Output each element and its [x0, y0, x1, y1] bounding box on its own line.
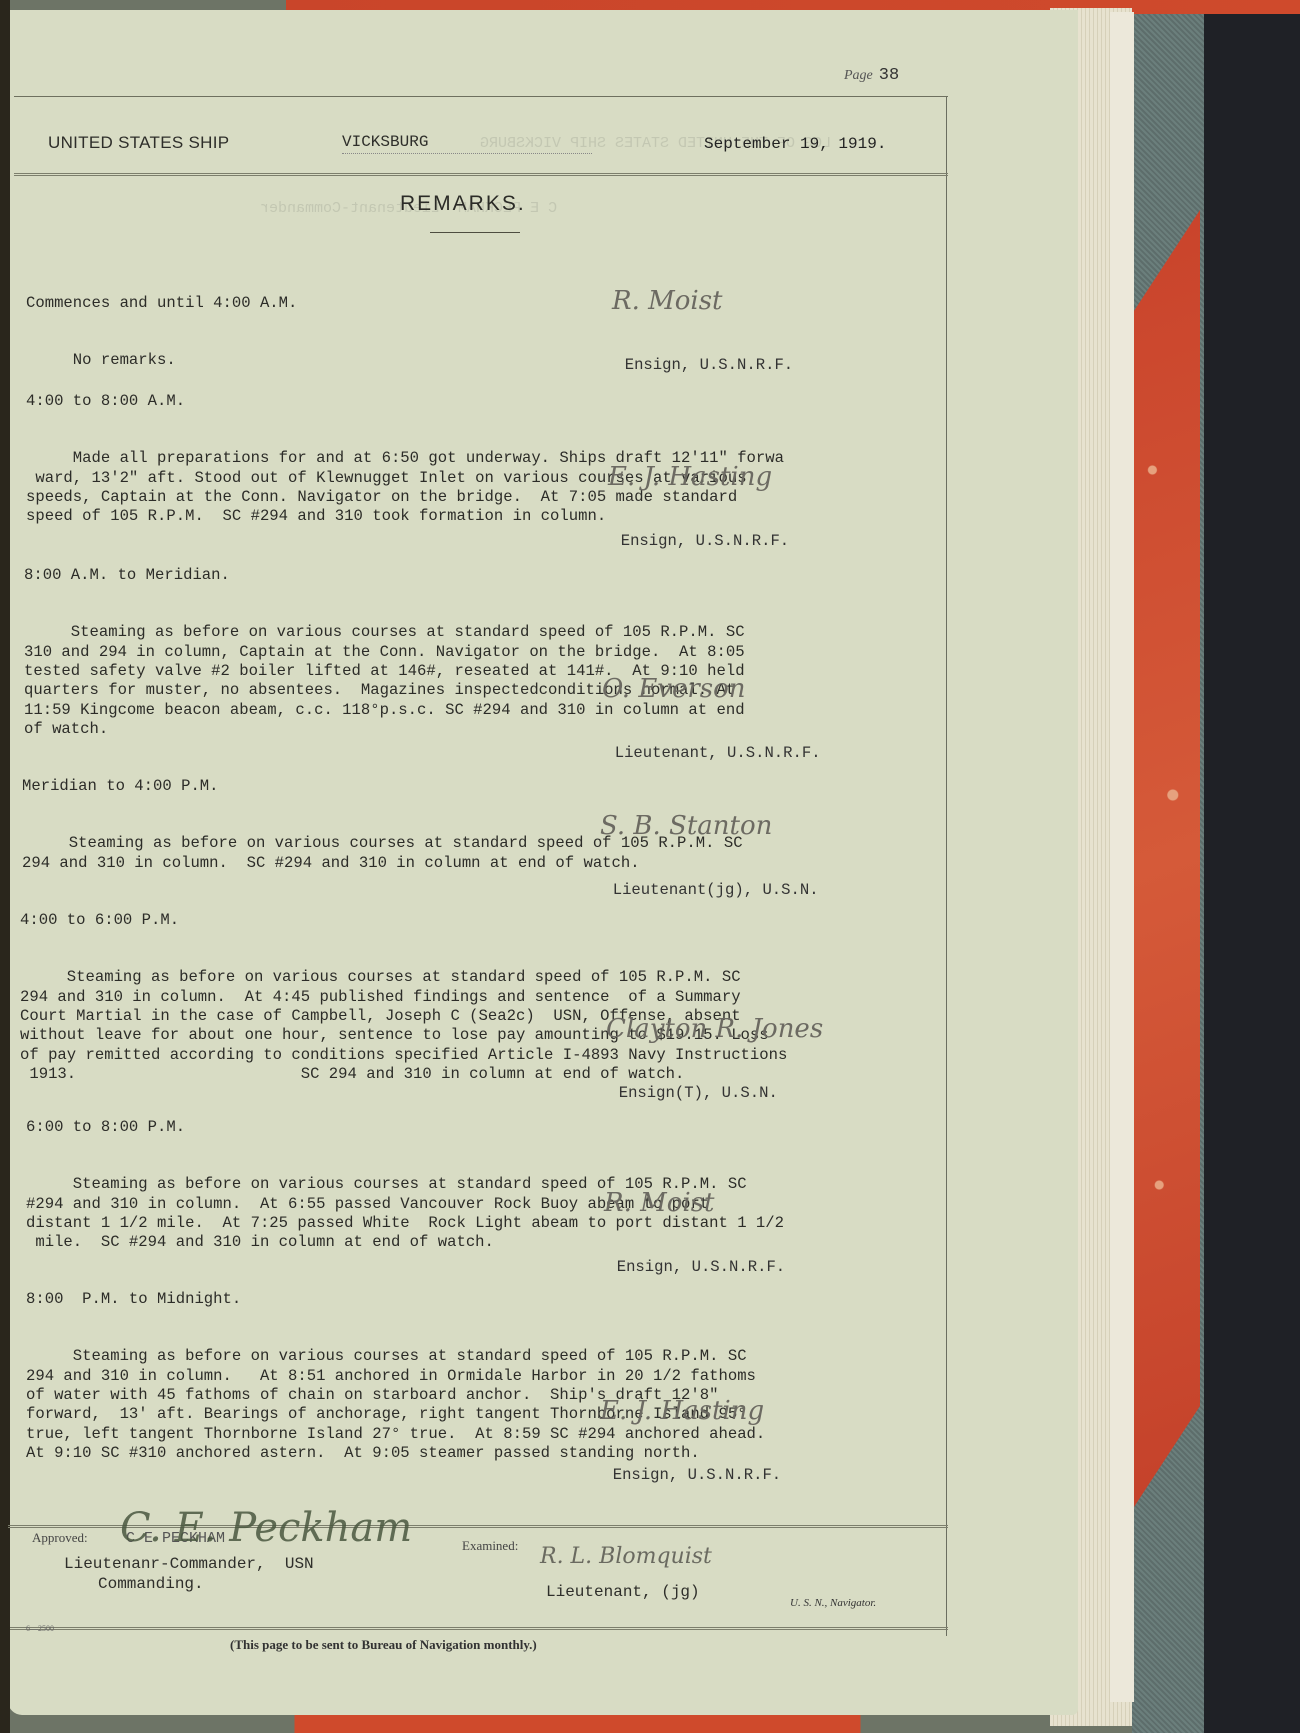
- remarks-title: REMARKS.: [400, 192, 526, 216]
- ship-name-underline: [342, 153, 592, 154]
- ship-label: UNITED STATES SHIP: [48, 133, 229, 153]
- watch-heading: 8:00 A.M. to Meridian.: [24, 566, 954, 585]
- watch-heading: 6:00 to 8:00 P.M.: [26, 1118, 956, 1137]
- watch-entry: 4:00 to 8:00 A.M. Made all preparations …: [26, 353, 956, 546]
- approved-label: Approved:: [32, 1530, 88, 1546]
- ship-name: VICKSBURG: [342, 133, 428, 151]
- approved-rank: Lieutenanr-Commander, USN: [64, 1555, 314, 1573]
- watch-heading: Meridian to 4:00 P.M.: [22, 777, 952, 796]
- footer-bottom-rule: [10, 1627, 948, 1630]
- marbled-endpaper: [1132, 210, 1200, 1510]
- page-number-value: 38: [879, 66, 899, 85]
- page-number: Page38: [844, 66, 899, 85]
- handwritten-signature: S. B. Stanton: [600, 811, 772, 841]
- top-rule: [14, 96, 948, 97]
- page-label: Page: [844, 68, 873, 83]
- watch-signature: E. J. Hasting Ensign, U.S.N.R.F.: [594, 1430, 781, 1484]
- signature-rank: Ensign, U.S.N.R.F.: [613, 1466, 781, 1484]
- handwritten-signature: Clayton R. Jones: [606, 1014, 823, 1044]
- watch-entry: 6:00 to 8:00 P.M. Steaming as before on …: [26, 1079, 956, 1272]
- watch-body: Steaming as before on various courses at…: [26, 1175, 956, 1252]
- watch-body: Made all preparations for and at 6:50 go…: [26, 449, 956, 526]
- watch-body: Steaming as before on various courses at…: [26, 1347, 956, 1463]
- approved-handwritten-signature: C. E. Peckham: [120, 1505, 412, 1551]
- handwritten-signature: E. J. Hasting: [608, 462, 772, 492]
- footer-note: (This page to be sent to Bureau of Navig…: [230, 1637, 537, 1653]
- watch-heading: 4:00 to 8:00 A.M.: [26, 392, 956, 411]
- handwritten-signature: O. Everson: [602, 674, 746, 704]
- navigator-label: U. S. N., Navigator.: [790, 1597, 876, 1609]
- page-stack-fore-edge: [1110, 12, 1134, 1702]
- approved-role: Commanding.: [98, 1575, 204, 1593]
- watch-heading: 4:00 to 6:00 P.M.: [20, 911, 950, 930]
- handwritten-signature: R. Moist: [612, 286, 723, 316]
- examined-handwritten-signature: R. L. Blomquist: [540, 1544, 712, 1569]
- watch-heading: 8:00 P.M. to Midnight.: [26, 1290, 956, 1309]
- log-date: September 19, 1919.: [704, 135, 886, 153]
- examined-rank: Lieutenant, (jg): [546, 1583, 700, 1601]
- watch-entry: 4:00 to 6:00 P.M. Steaming as before on …: [20, 872, 950, 1104]
- header-rule: [14, 173, 948, 176]
- spine-shadow: [0, 0, 10, 1733]
- handwritten-signature: E. J. Hasting: [600, 1396, 764, 1426]
- book-cover-dark: [1204, 0, 1300, 1733]
- handwritten-signature: R. Moist: [604, 1188, 715, 1218]
- title-underline: [430, 232, 520, 233]
- watch-heading: Commences and until 4:00 A.M.: [26, 294, 956, 313]
- examined-label: Examined:: [462, 1538, 518, 1554]
- watch-entry: 8:00 P.M. to Midnight. Steaming as befor…: [26, 1251, 956, 1483]
- form-number: 6—2500: [26, 1624, 54, 1633]
